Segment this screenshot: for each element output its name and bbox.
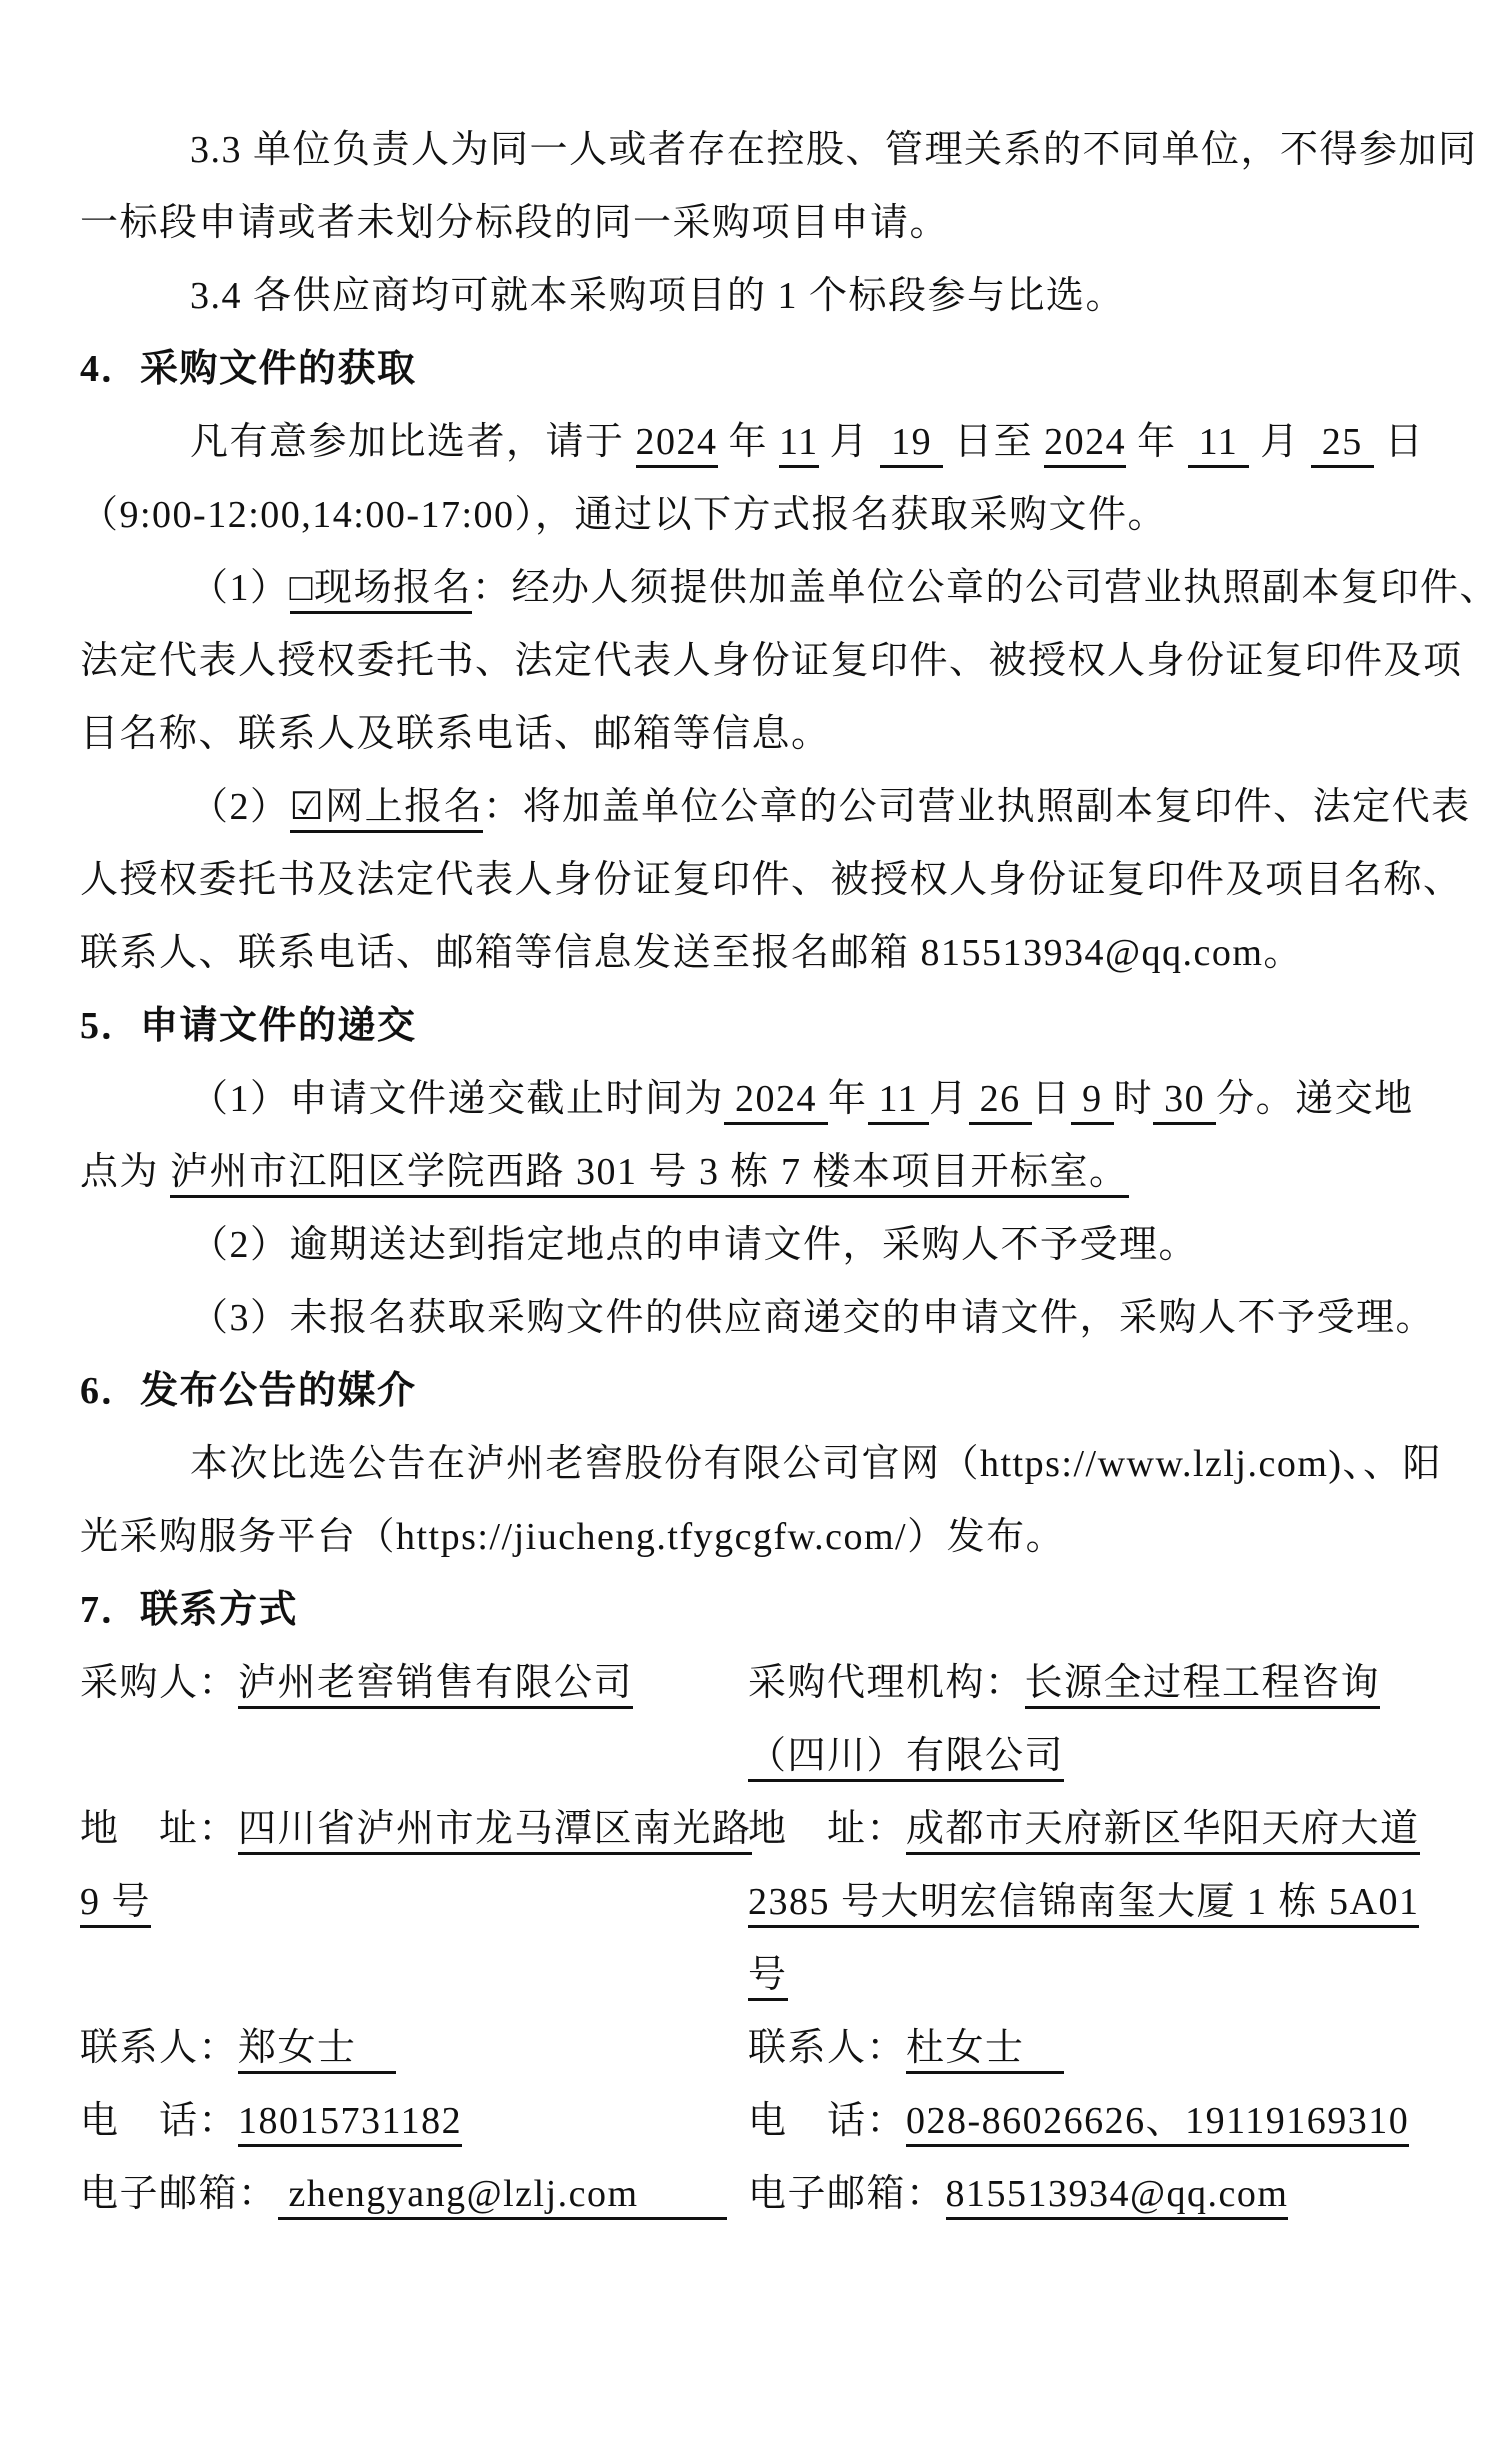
underlined-value: 18015731182 xyxy=(238,2100,462,2147)
underlined-value: 四川省泸州市龙马潭区南光路 xyxy=(238,1808,752,1855)
underlined-value: 成都市天府新区华阳天府大道 xyxy=(906,1808,1420,1855)
text-segment: 点为 xyxy=(80,1151,170,1193)
text-line: 号 xyxy=(748,1939,1428,2012)
text-line: 地 址：成都市天府新区华阳天府大道 xyxy=(748,1793,1428,1866)
text-segment: 采购人： xyxy=(80,1662,238,1704)
clause-3-3: 3.3 单位负责人为同一人或者存在控股、管理关系的不同单位，不得参加同一标段申请… xyxy=(80,114,1428,260)
underlined-value: 815513934@qq.com xyxy=(946,2173,1289,2220)
text-line: 采购代理机构：长源全过程工程咨询 xyxy=(748,1647,1428,1720)
text-segment: 日至 xyxy=(943,421,1044,463)
underlined-value: 2024 xyxy=(724,1078,828,1125)
text-segment: 采购代理机构： xyxy=(748,1662,1025,1704)
text-line: （2）逾期送达到指定地点的申请文件，采购人不予受理。 xyxy=(80,1209,1428,1282)
text-line: 7．联系方式 xyxy=(80,1574,1428,1647)
document-body: 3.3 单位负责人为同一人或者存在控股、管理关系的不同单位，不得参加同一标段申请… xyxy=(80,114,1428,2231)
underlined-value: 郑女士 xyxy=(238,2027,396,2074)
text-line: 电子邮箱： zhengyang@lzlj.com xyxy=(80,2158,748,2231)
contact-row-phone-left-cell: 电 话：18015731182 xyxy=(80,2085,748,2158)
document-page: 3.3 单位负责人为同一人或者存在控股、管理关系的不同单位，不得参加同一标段申请… xyxy=(0,0,1500,2438)
text-segment: 电 话： xyxy=(80,2100,238,2142)
checkbox-checked-icon: ☑ xyxy=(290,786,326,833)
contact-row-phone-right-cell: 电 话：028-86026626、19119169310 xyxy=(748,2085,1428,2158)
section-7-heading: 7．联系方式 xyxy=(80,1574,1428,1647)
text-line: 3.3 单位负责人为同一人或者存在控股、管理关系的不同单位，不得参加同 xyxy=(80,114,1428,187)
underlined-value: （四川）有限公司 xyxy=(748,1735,1064,1782)
underlined-value: 11 xyxy=(868,1078,930,1125)
text-segment: 日 xyxy=(1032,1078,1072,1120)
underlined-value: 11 xyxy=(779,421,819,468)
contact-row-org-left-cell: 采购人：泸州老窖销售有限公司 xyxy=(80,1647,748,1793)
text-line: 电 话：18015731182 xyxy=(80,2085,748,2158)
text-line: 电 话：028-86026626、19119169310 xyxy=(748,2085,1428,2158)
text-segment: 年 xyxy=(718,421,780,463)
text-segment: ：经办人须提供加盖单位公章的公司营业执照副本复印件、 xyxy=(472,567,1499,609)
section-4-item-1-onsite: （1）□现场报名：经办人须提供加盖单位公章的公司营业执照副本复印件、法定代表人授… xyxy=(80,552,1428,771)
text-segment: 地 址： xyxy=(80,1808,238,1850)
text-segment: 月 xyxy=(929,1078,969,1120)
text-segment: 4．采购文件的获取 xyxy=(80,348,417,390)
text-line: 4．采购文件的获取 xyxy=(80,333,1428,406)
text-line: 6．发布公告的媒介 xyxy=(80,1355,1428,1428)
text-segment: 7．联系方式 xyxy=(80,1589,298,1631)
text-line: （四川）有限公司 xyxy=(748,1720,1428,1793)
contact-row-email-right-cell: 电子邮箱：815513934@qq.com xyxy=(748,2158,1428,2231)
text-line: 本次比选公告在泸州老窖股份有限公司官网（https://www.lzlj.com… xyxy=(80,1428,1428,1501)
text-line: 法定代表人授权委托书、法定代表人身份证复印件、被授权人身份证复印件及项 xyxy=(80,625,1428,698)
text-line: 一标段申请或者未划分标段的同一采购项目申请。 xyxy=(80,187,1428,260)
text-segment: （2）逾期送达到指定地点的申请文件，采购人不予受理。 xyxy=(190,1224,1198,1266)
text-segment: （1）申请文件递交截止时间为 xyxy=(190,1078,724,1120)
text-segment: 6．发布公告的媒介 xyxy=(80,1370,417,1412)
underlined-value: 9 xyxy=(1071,1078,1114,1125)
text-segment: 5．申请文件的递交 xyxy=(80,1005,417,1047)
section-5-item-2: （2）逾期送达到指定地点的申请文件，采购人不予受理。 xyxy=(80,1209,1428,1282)
text-segment: 联系人： xyxy=(748,2027,906,2069)
section-4-item-2-online: （2）☑网上报名：将加盖单位公章的公司营业执照副本复印件、法定代表人授权委托书及… xyxy=(80,771,1428,990)
section-4-heading: 4．采购文件的获取 xyxy=(80,333,1428,406)
underlined-value: 网上报名 xyxy=(325,786,483,833)
text-line: 点为 泸州市江阳区学院西路 301 号 3 栋 7 楼本项目开标室。 xyxy=(80,1136,1428,1209)
text-segment: （3）未报名获取采购文件的供应商递交的申请文件，采购人不予受理。 xyxy=(190,1297,1435,1339)
text-segment: ：将加盖单位公章的公司营业执照副本复印件、法定代表 xyxy=(483,786,1471,828)
text-segment: 法定代表人授权委托书、法定代表人身份证复印件、被授权人身份证复印件及项 xyxy=(80,640,1463,682)
text-line: 光采购服务平台（https://jiucheng.tfygcgfw.com/）发… xyxy=(80,1501,1428,1574)
underlined-value: 泸州老窖销售有限公司 xyxy=(238,1662,633,1709)
text-segment: （1） xyxy=(190,567,290,609)
text-segment: 年 xyxy=(1126,421,1188,463)
text-line: 5．申请文件的递交 xyxy=(80,990,1428,1063)
section-5-item-3: （3）未报名获取采购文件的供应商递交的申请文件，采购人不予受理。 xyxy=(80,1282,1428,1355)
underlined-value: 11 xyxy=(1188,421,1250,468)
contact-row-address-left-cell: 地 址：四川省泸州市龙马潭区南光路9 号 xyxy=(80,1793,748,2012)
text-segment: 电子邮箱： xyxy=(80,2173,278,2215)
contact-row-person-left-cell: 联系人：郑女士 xyxy=(80,2012,748,2085)
section-6-heading: 6．发布公告的媒介 xyxy=(80,1355,1428,1428)
text-line: 采购人：泸州老窖销售有限公司 xyxy=(80,1647,748,1720)
text-line: 2385 号大明宏信锦南玺大厦 1 栋 5A01 xyxy=(748,1866,1428,1939)
text-line: 9 号 xyxy=(80,1866,748,1939)
text-line: （3）未报名获取采购文件的供应商递交的申请文件，采购人不予受理。 xyxy=(80,1282,1428,1355)
text-segment: 凡有意参加比选者，请于 xyxy=(190,421,636,463)
underlined-value: zhengyang@lzlj.com xyxy=(278,2173,727,2220)
text-segment: 分。递交地 xyxy=(1216,1078,1414,1120)
underlined-value: 028-86026626、19119169310 xyxy=(906,2100,1409,2147)
text-line: （2）☑网上报名：将加盖单位公章的公司营业执照副本复印件、法定代表 xyxy=(80,771,1428,844)
text-segment: （2） xyxy=(190,786,290,828)
text-segment: 地 址： xyxy=(748,1808,906,1850)
clause-3-4: 3.4 各供应商均可就本采购项目的 1 个标段参与比选。 xyxy=(80,260,1428,333)
text-segment: 人授权委托书及法定代表人身份证复印件、被授权人身份证复印件及项目名称、 xyxy=(80,859,1463,901)
text-line: （9:00-12:00,14:00-17:00），通过以下方式报名获取采购文件。 xyxy=(80,479,1428,552)
text-segment: 3.3 单位负责人为同一人或者存在控股、管理关系的不同单位，不得参加同 xyxy=(190,129,1478,171)
underlined-value: 泸州市江阳区学院西路 301 号 3 栋 7 楼本项目开标室。 xyxy=(170,1151,1129,1198)
text-segment: 光采购服务平台（https://jiucheng.tfygcgfw.com/）发… xyxy=(80,1516,1065,1558)
underlined-value: 号 xyxy=(748,1954,788,2001)
text-line: 凡有意参加比选者，请于 2024 年 11 月 19 日至 2024 年 11 … xyxy=(80,406,1428,479)
text-segment: （9:00-12:00,14:00-17:00），通过以下方式报名获取采购文件。 xyxy=(80,494,1167,536)
text-segment: 本次比选公告在泸州老窖股份有限公司官网（https://www.lzlj.com… xyxy=(190,1443,1442,1485)
text-line: （1）□现场报名：经办人须提供加盖单位公章的公司营业执照副本复印件、 xyxy=(80,552,1428,625)
underlined-value: 杜女士 xyxy=(906,2027,1064,2074)
text-line: 3.4 各供应商均可就本采购项目的 1 个标段参与比选。 xyxy=(80,260,1428,333)
contact-row-org: 采购人：泸州老窖销售有限公司采购代理机构：长源全过程工程咨询（四川）有限公司 xyxy=(80,1647,1428,1793)
underlined-value: 30 xyxy=(1153,1078,1216,1125)
underlined-value: 现场报名 xyxy=(314,567,472,614)
section-5-item-1: （1）申请文件递交截止时间为 2024 年 11 月 26 日 9 时 30 分… xyxy=(80,1063,1428,1209)
text-segment: 电子邮箱： xyxy=(748,2173,946,2215)
underlined-value: 长源全过程工程咨询 xyxy=(1025,1662,1381,1709)
text-line: 联系人：郑女士 xyxy=(80,2012,748,2085)
text-segment: 一标段申请或者未划分标段的同一采购项目申请。 xyxy=(80,202,949,244)
underlined-value: 9 号 xyxy=(80,1881,151,1928)
underlined-value: 25 xyxy=(1311,421,1374,468)
contact-row-address-right-cell: 地 址：成都市天府新区华阳天府大道2385 号大明宏信锦南玺大厦 1 栋 5A0… xyxy=(748,1793,1428,2012)
text-line: 人授权委托书及法定代表人身份证复印件、被授权人身份证复印件及项目名称、 xyxy=(80,844,1428,917)
text-line: 电子邮箱：815513934@qq.com xyxy=(748,2158,1428,2231)
text-segment: 年 xyxy=(828,1078,868,1120)
contact-row-email-left-cell: 电子邮箱： zhengyang@lzlj.com xyxy=(80,2158,748,2231)
contact-row-email: 电子邮箱： zhengyang@lzlj.com 电子邮箱：815513934@… xyxy=(80,2158,1428,2231)
contact-row-phone: 电 话：18015731182电 话：028-86026626、19119169… xyxy=(80,2085,1428,2158)
underlined-value: 26 xyxy=(969,1078,1032,1125)
text-segment: 3.4 各供应商均可就本采购项目的 1 个标段参与比选。 xyxy=(190,275,1125,317)
underlined-value: 19 xyxy=(880,421,943,468)
section-6-body: 本次比选公告在泸州老窖股份有限公司官网（https://www.lzlj.com… xyxy=(80,1428,1428,1574)
section-5-heading: 5．申请文件的递交 xyxy=(80,990,1428,1063)
underlined-value: 2385 号大明宏信锦南玺大厦 1 栋 5A01 xyxy=(748,1881,1419,1928)
contact-row-person: 联系人：郑女士 联系人：杜女士 xyxy=(80,2012,1428,2085)
contact-row-org-right-cell: 采购代理机构：长源全过程工程咨询（四川）有限公司 xyxy=(748,1647,1428,1793)
text-segment: 月 xyxy=(819,421,881,463)
text-segment: 日 xyxy=(1374,421,1425,463)
underlined-value: 2024 xyxy=(1044,421,1126,468)
text-segment: 联系人、联系电话、邮箱等信息发送至报名邮箱 815513934@qq.com。 xyxy=(80,932,1303,974)
text-segment: 联系人： xyxy=(80,2027,238,2069)
checkbox-unchecked-icon: □ xyxy=(290,567,314,614)
contact-row-person-right-cell: 联系人：杜女士 xyxy=(748,2012,1428,2085)
text-line: 目名称、联系人及联系电话、邮箱等信息。 xyxy=(80,698,1428,771)
underlined-value: 2024 xyxy=(636,421,718,468)
text-segment: 时 xyxy=(1114,1078,1154,1120)
text-segment: 电 话： xyxy=(748,2100,906,2142)
contact-row-address: 地 址：四川省泸州市龙马潭区南光路9 号地 址：成都市天府新区华阳天府大道238… xyxy=(80,1793,1428,2012)
text-line: （1）申请文件递交截止时间为 2024 年 11 月 26 日 9 时 30 分… xyxy=(80,1063,1428,1136)
text-segment: 目名称、联系人及联系电话、邮箱等信息。 xyxy=(80,713,831,755)
contact-table: 采购人：泸州老窖销售有限公司采购代理机构：长源全过程工程咨询（四川）有限公司地 … xyxy=(80,1647,1428,2231)
text-line: 联系人、联系电话、邮箱等信息发送至报名邮箱 815513934@qq.com。 xyxy=(80,917,1428,990)
text-segment: 月 xyxy=(1249,421,1311,463)
text-line: 地 址：四川省泸州市龙马潭区南光路 xyxy=(80,1793,748,1866)
text-line: 联系人：杜女士 xyxy=(748,2012,1428,2085)
section-4-intro: 凡有意参加比选者，请于 2024 年 11 月 19 日至 2024 年 11 … xyxy=(80,406,1428,552)
